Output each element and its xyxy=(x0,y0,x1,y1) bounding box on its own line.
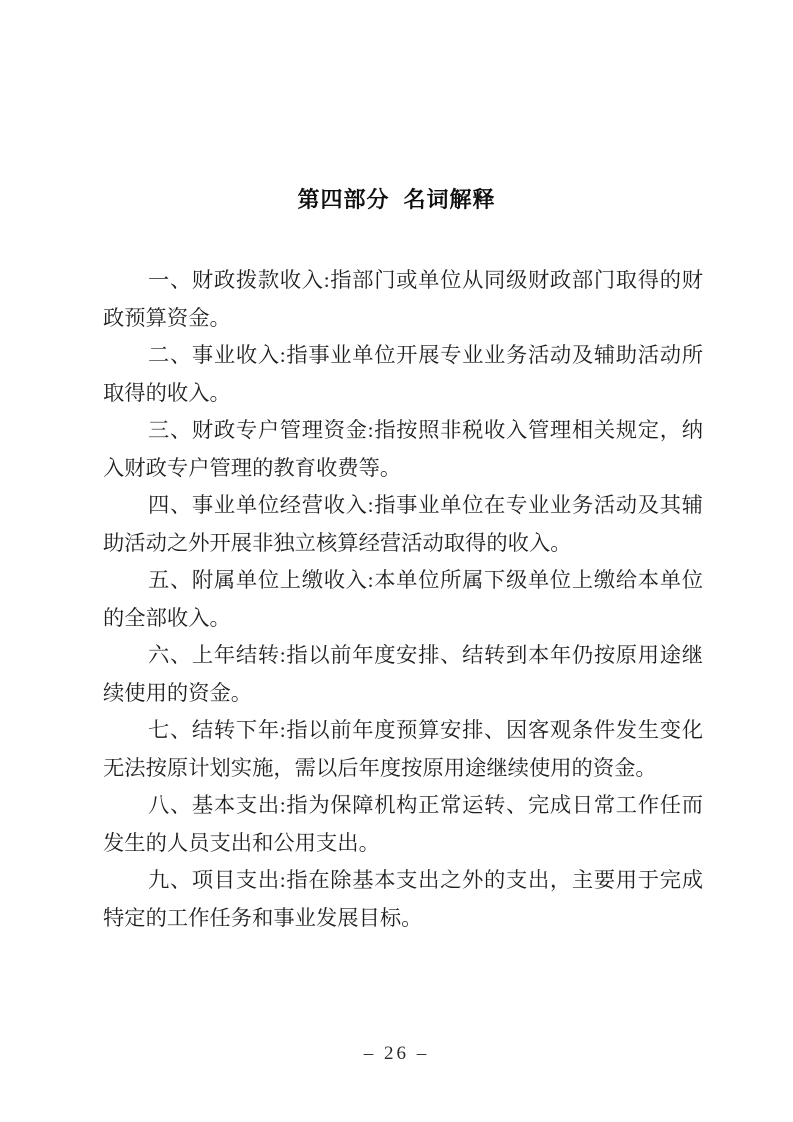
section-title: 第四部分 名词解释 xyxy=(0,186,793,213)
definitions-body: 一、财政拨款收入:指部门或单位从同级财政部门取得的财政预算资金。 二、事业收入:… xyxy=(103,262,703,937)
definition-paragraph-1: 一、财政拨款收入:指部门或单位从同级财政部门取得的财政预算资金。 xyxy=(103,262,703,337)
definition-paragraph-8: 八、基本支出:指为保障机构正常运转、完成日常工作任而发生的人员支出和公用支出。 xyxy=(103,787,703,862)
definition-paragraph-4: 四、事业单位经营收入:指事业单位在专业业务活动及其辅助活动之外开展非独立核算经营… xyxy=(103,487,703,562)
definition-paragraph-6: 六、上年结转:指以前年度安排、结转到本年仍按原用途继续使用的资金。 xyxy=(103,637,703,712)
page-number: – 26 – xyxy=(0,1043,793,1065)
definition-paragraph-5: 五、附属单位上缴收入:本单位所属下级单位上缴给本单位的全部收入。 xyxy=(103,562,703,637)
definition-paragraph-7: 七、结转下年:指以前年度预算安排、因客观条件发生变化无法按原计划实施，需以后年度… xyxy=(103,712,703,787)
document-page: 第四部分 名词解释 一、财政拨款收入:指部门或单位从同级财政部门取得的财政预算资… xyxy=(0,0,793,1122)
definition-paragraph-3: 三、财政专户管理资金:指按照非税收入管理相关规定，纳入财政专户管理的教育收费等。 xyxy=(103,412,703,487)
definition-paragraph-2: 二、事业收入:指事业单位开展专业业务活动及辅助活动所取得的收入。 xyxy=(103,337,703,412)
definition-paragraph-9: 九、项目支出:指在除基本支出之外的支出，主要用于完成特定的工作任务和事业发展目标… xyxy=(103,862,703,937)
